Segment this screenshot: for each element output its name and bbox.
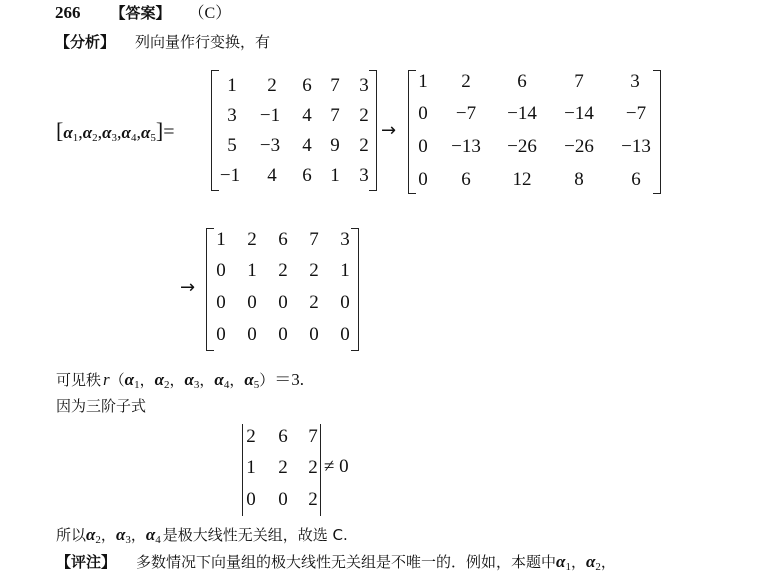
minor-statement: 因为三阶子式 [56, 396, 146, 416]
matrix-cell: 4 [302, 135, 312, 157]
right-bar [320, 424, 321, 516]
alpha-4: α [122, 123, 131, 142]
alpha-5: α [141, 123, 150, 142]
matrix-cell: 1 [330, 165, 340, 187]
left-bracket [206, 228, 214, 351]
matrix-cell: 0 [418, 103, 428, 125]
matrix-cell: 12 [513, 169, 532, 191]
separator: ， [571, 553, 586, 571]
matrix-cell: 8 [574, 169, 584, 191]
matrix-cell: 1 [418, 71, 428, 93]
open-paren: （ [110, 371, 125, 389]
conclusion-line: 所以α2，α3，α4是极大线性无关组，故选 C. [56, 525, 348, 550]
det-cell: 2 [308, 489, 318, 511]
matrix-cell: −7 [626, 103, 646, 125]
answer-line: 266 【答案】 （C） [55, 3, 231, 24]
problem-number: 266 [55, 3, 81, 22]
conclusion-suffix: 是极大线性无关组，故选 C. [163, 526, 348, 544]
conclusion-prefix: 所以 [56, 526, 86, 544]
matrix-cell: 7 [330, 105, 340, 127]
matrix-cell: 2 [359, 105, 369, 127]
matrix-cell: −13 [621, 136, 651, 158]
not-equal-zero: ≠ 0 [324, 456, 349, 478]
matrix-cell: 3 [227, 105, 237, 127]
matrix-cell: −14 [564, 103, 594, 125]
matrix-cell: −26 [564, 136, 594, 158]
rank-symbol: r [103, 370, 110, 389]
subscript: 4 [155, 534, 161, 546]
rank-prefix: 可见秩 [56, 371, 101, 389]
matrix-cell: −1 [220, 165, 240, 187]
matrix-cell: 6 [631, 169, 641, 191]
trailing-comma: ， [601, 553, 616, 571]
det-cell: 2 [308, 457, 318, 479]
comment-line: 【评注】 多数情况下向量组的极大线性无关组是不唯一的．例如，本题中α1，α2， [56, 552, 616, 577]
right-bracket [369, 70, 377, 191]
answer-label: 【答案】 [111, 4, 171, 22]
matrix-cell: 7 [330, 75, 340, 97]
det-cell: 6 [278, 426, 288, 448]
matrix-cell: 1 [340, 260, 350, 282]
matrix-cell: 0 [247, 292, 257, 314]
det-cell: 7 [308, 426, 318, 448]
matrix-cell: 0 [418, 169, 428, 191]
equals-sign: = [163, 121, 174, 143]
separator: ， [131, 526, 146, 544]
left-bracket [408, 70, 416, 194]
separator: ， [140, 371, 155, 389]
matrix-cell: 6 [461, 169, 471, 191]
vector-group-lhs: [α1,α2,α3,α4,α5]= [56, 118, 174, 144]
matrix-cell: 3 [359, 165, 369, 187]
matrix-cell: 0 [340, 324, 350, 346]
matrix-cell: −7 [456, 103, 476, 125]
close-paren: ） [259, 371, 274, 389]
matrix-cell: −1 [260, 105, 280, 127]
matrix-cell: 3 [340, 229, 350, 251]
right-bracket [653, 70, 661, 194]
matrix-cell: 2 [278, 260, 288, 282]
matrix-cell: 0 [340, 292, 350, 314]
matrix-cell: 2 [359, 135, 369, 157]
analysis-intro: 列向量作行变换，有 [135, 33, 270, 51]
matrix-cell: 0 [216, 260, 226, 282]
matrix-cell: 2 [309, 260, 319, 282]
matrix-cell: 4 [302, 105, 312, 127]
comment-label: 【评注】 [56, 553, 116, 571]
analysis-label: 【分析】 [55, 33, 115, 51]
matrix-cell: 1 [227, 75, 237, 97]
left-bracket [211, 70, 219, 191]
matrix-cell: 3 [359, 75, 369, 97]
matrix-cell: 7 [574, 71, 584, 93]
matrix-cell: 9 [330, 135, 340, 157]
matrix-cell: 0 [216, 292, 226, 314]
matrix-cell: 0 [216, 324, 226, 346]
alpha-3: α [102, 123, 111, 142]
separator: ， [169, 371, 184, 389]
matrix-cell: 2 [461, 71, 471, 93]
matrix-cell: 4 [267, 165, 277, 187]
matrix-cell: −13 [451, 136, 481, 158]
matrix-cell: 2 [267, 75, 277, 97]
matrix-cell: 6 [517, 71, 527, 93]
separator: ， [101, 526, 116, 544]
det-cell: 2 [278, 457, 288, 479]
matrix-cell: 0 [278, 292, 288, 314]
det-cell: 1 [246, 457, 256, 479]
det-cell: 0 [278, 489, 288, 511]
rank-result: ＝3. [274, 370, 304, 389]
matrix-cell: 0 [309, 324, 319, 346]
alpha-2: α [83, 123, 92, 142]
matrix-cell: 1 [216, 229, 226, 251]
matrix-cell: −26 [507, 136, 537, 158]
answer-value: （C） [189, 5, 232, 22]
right-bracket [351, 228, 359, 351]
matrix-cell: 1 [247, 260, 257, 282]
separator: ， [229, 371, 244, 389]
matrix-cell: 2 [309, 292, 319, 314]
separator: ， [199, 371, 214, 389]
matrix-cell: 2 [247, 229, 257, 251]
det-cell: 0 [246, 489, 256, 511]
matrix-cell: 6 [302, 75, 312, 97]
matrix-cell: 6 [302, 165, 312, 187]
comment-text: 多数情况下向量组的极大线性无关组是不唯一的．例如，本题中 [136, 553, 556, 571]
arrow-icon: → [381, 120, 396, 141]
matrix-cell: 5 [227, 135, 237, 157]
matrix-cell: −3 [260, 135, 280, 157]
arrow-icon: → [180, 277, 195, 298]
matrix-cell: 7 [309, 229, 319, 251]
alpha-1: α [63, 123, 72, 142]
det-cell: 2 [246, 426, 256, 448]
matrix-cell: 0 [418, 136, 428, 158]
matrix-cell: 6 [278, 229, 288, 251]
matrix-cell: 0 [247, 324, 257, 346]
matrix-cell: 3 [630, 71, 640, 93]
left-bar [242, 424, 243, 516]
analysis-line: 【分析】 列向量作行变换，有 [55, 32, 270, 53]
matrix-cell: 0 [278, 324, 288, 346]
matrix-cell: −14 [507, 103, 537, 125]
rank-statement: 可见秩r（α1，α2，α3，α4，α5）＝3. [56, 370, 304, 395]
